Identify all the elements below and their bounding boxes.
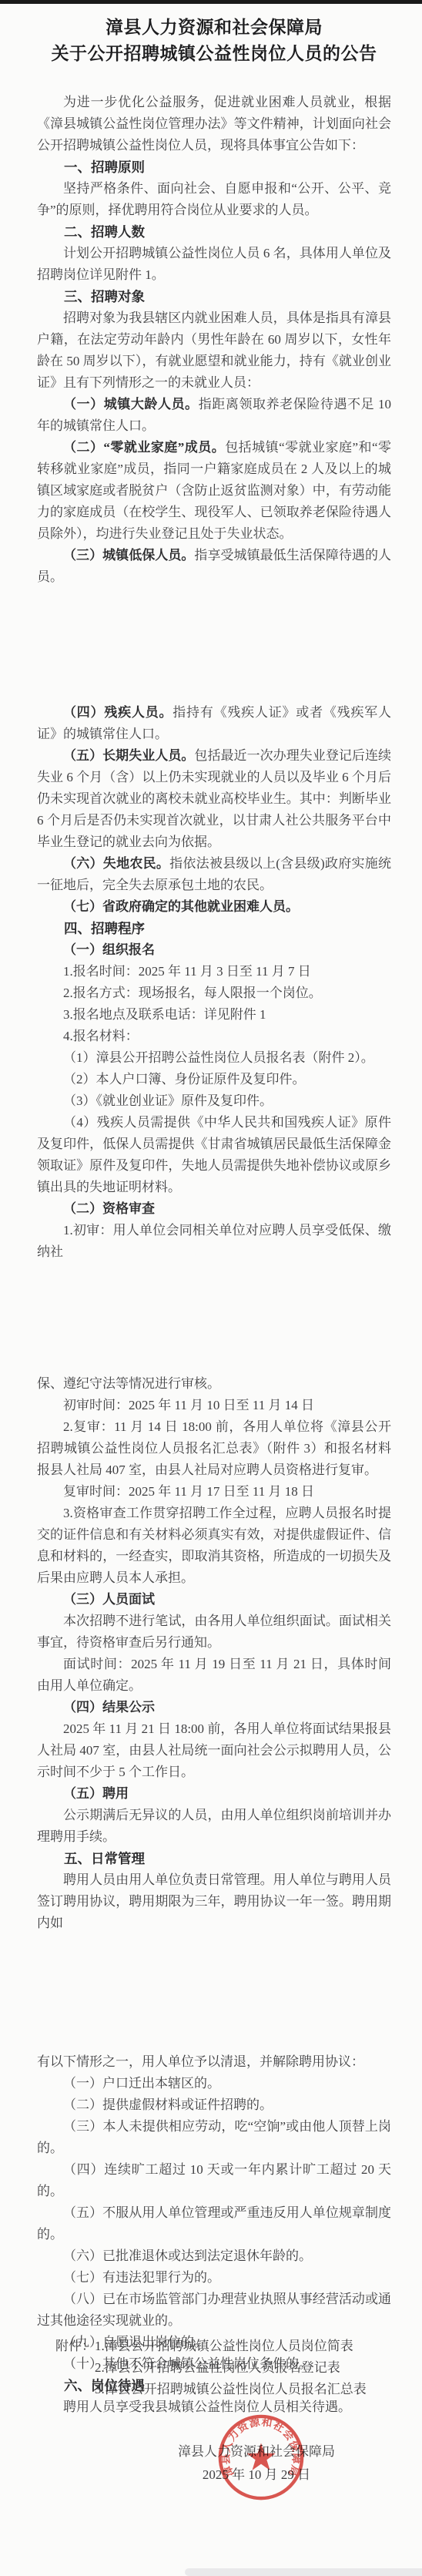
section-heading: 五、日常管理 <box>37 1848 391 1869</box>
paragraph-lead: （三）城镇低保人员。 <box>63 548 194 563</box>
attachments-block: 附件：1.漳县公开招聘城镇公益性岗位人员岗位简表 2.漳县公开招聘公益性岗位人员… <box>37 2336 391 2400</box>
attachment-row: 2.漳县公开招聘公益性岗位人员报名登记表 <box>55 2357 391 2379</box>
paragraph: 坚持严格条件、面向社会、自愿申报和“公开、公平、竞争”的原则，择优聘用符合岗位从… <box>37 178 391 221</box>
attachments-label: 附件： <box>55 2339 95 2353</box>
document-title: 漳县人力资源和社会保障局 关于公开招聘城镇公益性岗位人员的公告 <box>37 15 391 67</box>
sub-heading: （四）结果公示 <box>37 1697 391 1718</box>
paragraph: （三）城镇低保人员。指享受城镇最低生活保障待遇的人员。 <box>37 545 391 588</box>
paragraph: （五）长期失业人员。包括最近一次办理失业登记后连续失业 6 个月（含）以上仍未实… <box>37 745 391 853</box>
document-page: { "document": { "title": ["漳县人力资源和社会保障局"… <box>0 0 422 2576</box>
attachment-item: 3.漳县公开招聘城镇公益性岗位人员报名汇总表 <box>95 2382 367 2396</box>
paragraph-lead: （五）长期失业人员。 <box>63 748 194 763</box>
paragraph: （四）连续旷工超过 10 天或一年内累计旷工超过 20 天的。 <box>37 2159 391 2202</box>
paragraph: 计划公开招聘城镇公益性岗位人员 6 名，具体用人单位及招聘岗位详见附件 1。 <box>37 243 391 286</box>
attachment-item: 2.漳县公开招聘公益性岗位人员报名登记表 <box>95 2360 340 2375</box>
paragraph: 1.报名时间：2025 年 11 月 3 日至 11 月 7 日 <box>37 961 391 982</box>
page-break-gap <box>37 1934 391 2051</box>
paragraph-lead: （六）失地农民。 <box>63 856 169 871</box>
paragraph: （3）《就业创业证》原件及复印件。 <box>37 1090 391 1112</box>
paragraph: （二）提供虚假材料或证件招聘的。 <box>37 2094 391 2116</box>
page-break-gap <box>37 588 391 702</box>
sub-heading: （二）资格审查 <box>37 1198 391 1220</box>
paragraph: 1.初审：用人单位会同相关单位对应聘人员享受低保、缴纳社 <box>37 1220 391 1263</box>
paragraph: 4.报名材料： <box>37 1026 391 1047</box>
paragraph: 为进一步优化公益服务，促进就业困难人员就业，根据《漳县城镇公益性岗位管理办法》等… <box>37 92 391 156</box>
section-heading: 一、招聘原则 <box>37 156 391 178</box>
paragraph-lead: （四）残疾人员。 <box>63 705 172 720</box>
paragraph: 初审时间：2025 年 11 月 10 日至 11 月 14 日 <box>37 1395 391 1416</box>
seal-star-icon <box>246 2443 275 2470</box>
paragraph: 3.资格审查工作贯穿招聘工作全过程，应聘人员报名时提交的证件信息和有关材料必须真… <box>37 1503 391 1589</box>
official-seal: 漳县人力资源和社会保障局 <box>216 2410 306 2504</box>
paragraph: 有以下情形之一，用人单位予以清退，并解除聘用协议： <box>37 2051 391 2073</box>
paragraph: （2）本人户口簿、身份证原件及复印件。 <box>37 1069 391 1090</box>
paragraph: 本次招聘不进行笔试，由各用人单位组织面试。面试相关事宜，待资格审查后另行通知。 <box>37 1610 391 1654</box>
paragraph: 2.复审：11 月 14 日 18:00 前，各用人单位将《漳县公开招聘城镇公益… <box>37 1416 391 1481</box>
paragraph: （一）城镇大龄人员。指距离领取养老保险待遇不足 10 年的城镇常住人口。 <box>37 394 391 437</box>
paragraph: （七）省政府确定的其他就业困难人员。 <box>37 896 391 918</box>
paragraph: 2.报名方式：现场报名，每人限报一个岗位。 <box>37 982 391 1004</box>
paragraph: （一）户口迁出本辖区的。 <box>37 2073 391 2094</box>
paragraph: （六）已批准退休或达到法定退休年龄的。 <box>37 2245 391 2267</box>
section-heading: 四、招聘程序 <box>37 918 391 939</box>
paragraph: （八）已在市场监管部门办理营业执照从事经营活动或通过其他途径实现就业的。 <box>37 2289 391 2332</box>
document-content: 漳县人力资源和社会保障局 关于公开招聘城镇公益性岗位人员的公告 为进一步优化公益… <box>0 4 422 2418</box>
document-body: 为进一步优化公益服务，促进就业困难人员就业，根据《漳县城镇公益性岗位管理办法》等… <box>37 92 391 2418</box>
paragraph-text: 包括城镇“零就业家庭”和“零转移就业家庭”成员，指同一户籍家庭成员在 2 人及以… <box>37 440 391 541</box>
paragraph: 复审时间：2025 年 11 月 17 日至 11 月 18 日 <box>37 1481 391 1503</box>
attachment-item: 1.漳县公开招聘城镇公益性岗位人员岗位简表 <box>95 2339 353 2353</box>
section-heading: 二、招聘人数 <box>37 221 391 243</box>
paragraph-lead: （二）“零就业家庭”成员。 <box>63 440 225 455</box>
attachment-row: 附件：1.漳县公开招聘城镇公益性岗位人员岗位简表 <box>55 2336 391 2357</box>
sub-heading: （一）组织报名 <box>37 939 391 961</box>
sub-heading: （五）聘用 <box>37 1783 391 1805</box>
sub-heading: （三）人员面试 <box>37 1589 391 1610</box>
paragraph: （4）残疾人员需提供《中华人民共和国残疾人证》原件及复印件，低保人员需提供《甘肃… <box>37 1112 391 1198</box>
paragraph: 公示期满后无异议的人员，由用人单位组织岗前培训并办理聘用手续。 <box>37 1805 391 1848</box>
paragraph: （五）不服从用人单位管理或严重违反用人单位规章制度的。 <box>37 2202 391 2245</box>
document-title-line-1: 漳县人力资源和社会保障局 <box>37 15 391 41</box>
paragraph: 招聘对象为我县辖区内就业困难人员，具体是指具有漳县户籍，在法定劳动年龄内（男性年… <box>37 307 391 394</box>
section-heading: 三、招聘对象 <box>37 286 391 307</box>
paragraph: 面试时间：2025 年 11 月 19 日至 11 月 21 日，具体时间由用人… <box>37 1654 391 1697</box>
horizontal-scrollbar[interactable] <box>185 2568 422 2576</box>
paragraph: （六）失地农民。指依法被县级以上(含县级)政府实施统一征地后，完全失去原承包土地… <box>37 853 391 896</box>
document-title-line-2: 关于公开招聘城镇公益性岗位人员的公告 <box>37 41 391 67</box>
paragraph: 保、遵纪守法等情况进行审核。 <box>37 1373 391 1395</box>
paragraph: 2025 年 11 月 21 日 18:00 前，各用人单位将面试结果报县人社局… <box>37 1718 391 1783</box>
paragraph: （四）残疾人员。指持有《残疾人证》或者《残疾军人证》的城镇常住人口。 <box>37 702 391 745</box>
paragraph: 聘用人员由用人单位负责日常管理。用人单位与聘用人员签订聘用协议，聘用期限为三年，… <box>37 1869 391 1934</box>
paragraph: （二）“零就业家庭”成员。包括城镇“零就业家庭”和“零转移就业家庭”成员，指同一… <box>37 437 391 545</box>
paragraph-lead: （一）城镇大龄人员。 <box>63 397 199 411</box>
page-break-gap <box>37 1263 391 1373</box>
paragraph-text: 包括最近一次办理失业登记后连续失业 6 个月（含）以上仍未实现就业的人员以及毕业… <box>37 748 391 849</box>
paragraph: （七）有违法犯罪行为的。 <box>37 2267 391 2289</box>
paragraph-lead: （七）省政府确定的其他就业困难人员。 <box>63 899 299 914</box>
paragraph: （三）本人未提供相应劳动，吃“空饷”或由他人顶替上岗的。 <box>37 2116 391 2159</box>
paragraph: 3.报名地点及联系电话：详见附件 1 <box>37 1004 391 1026</box>
attachment-row: 3.漳县公开招聘城镇公益性岗位人员报名汇总表 <box>55 2379 391 2400</box>
paragraph: （1）漳县公开招聘公益性岗位人员报名表（附件 2）。 <box>37 1047 391 1069</box>
